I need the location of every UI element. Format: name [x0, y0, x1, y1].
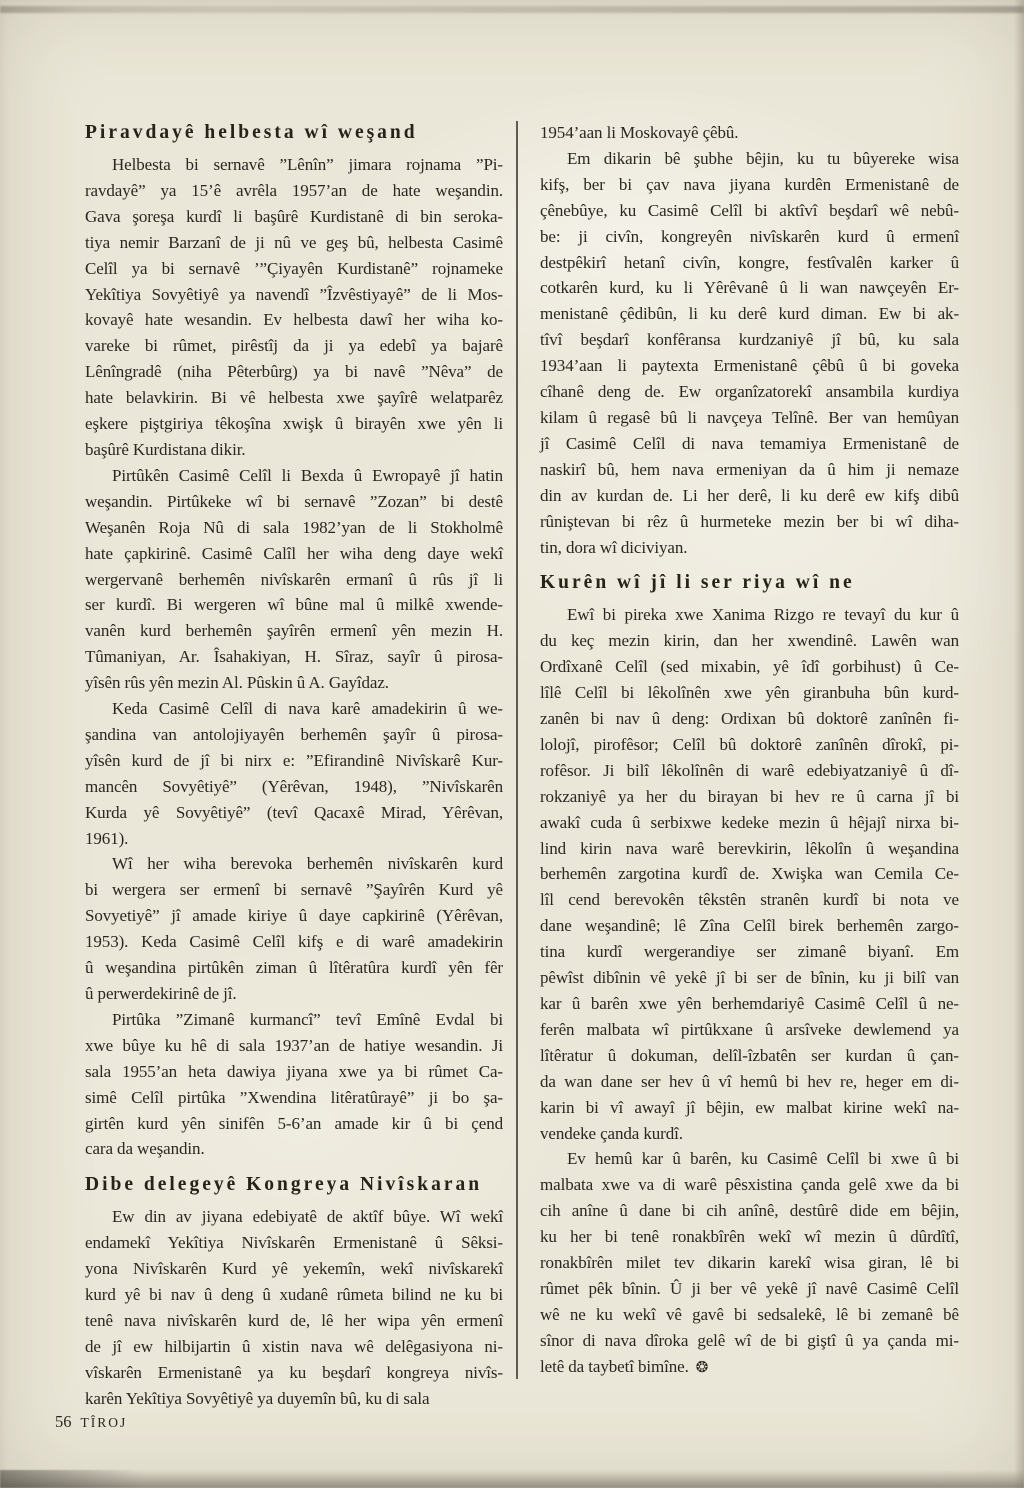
text-line: girtên kurd yên sinifên 5-6’an amade kir… [85, 1111, 503, 1137]
text-line: lîtêratur û dokuman, delîl-îzbatên ser k… [540, 1043, 959, 1069]
text-line: xwe bûye ku hê di sala 1937’an de hatiye… [85, 1033, 503, 1059]
text-line: ku her bi tenê ronakbîrên wekî wî mezin … [540, 1224, 959, 1250]
text-line: cîhanê deng de. Ew organîzatorekî ansamb… [540, 379, 959, 405]
text-line: cih anîne û dane bi cih anînê, destûrê d… [540, 1198, 959, 1224]
text-line: rûniştevan bi rêz û hurmeteke mezin ber … [540, 509, 959, 535]
section-heading: Kurên wî jî li ser riya wî ne [540, 570, 959, 596]
text-line: bi wergera ser ermenî bi sernavê ”Şayîrê… [85, 877, 503, 903]
text-line: wergervanê berhemên nivîskarên ermanî û … [85, 567, 503, 593]
scan-edge-top [0, 6, 1024, 13]
scan-edge-right [1014, 0, 1024, 1488]
paragraph: Ewî bi pireka xwe Xanima Rizgo re tevayî… [540, 602, 959, 1146]
text-line: hate belavkirin. Bi vê helbesta xwe şayî… [85, 385, 503, 411]
page-footer: 56TÎROJ [55, 1412, 127, 1432]
text-line: de jî ew hilbijartin û xistin nava wê de… [85, 1334, 503, 1360]
text-line: karên Yekîtiya Sovyêtiyê ya duyemîn bû, … [85, 1386, 503, 1412]
text-line: Weşanên Roja Nû di sala 1982’yan de li S… [85, 515, 503, 541]
text-line: din av kurdan de. Li her derê, li ku der… [540, 483, 959, 509]
text-line: Wî her wiha berevoka berhemên nivîskarên… [85, 851, 503, 877]
paragraph: Wî her wiha berevoka berhemên nivîskarên… [85, 851, 503, 1006]
text-line: Sovyetiyê” jî amade kiriye û daye capkir… [85, 903, 503, 929]
text-line: kilam û regasê bû li navçeya Telînê. Ber… [540, 405, 959, 431]
text-line: Gava şoreşa kurdî li başûrê Kurdistanê d… [85, 204, 503, 230]
text-line: tina kurdî wergerandiye ser zimanê biyan… [540, 939, 959, 965]
text-line: Keda Casimê Celîl di nava karê amadekiri… [85, 696, 503, 722]
text-line: çênebûye, ku Casimê Celîl bi aktîvî beşd… [540, 198, 959, 224]
text-line: Ewî bi pireka xwe Xanima Rizgo re tevayî… [540, 602, 959, 628]
text-line: ronakbîrên milet tev dikarin karekî wisa… [540, 1250, 959, 1276]
text-line: awakî cuda û serbixwe kedeke mezin û hêj… [540, 810, 959, 836]
text-line: karin bi vî awayî jî bêjin, ew malbat ki… [540, 1095, 959, 1121]
text-line: lind kirin nava warê berevkirin, lêkolîn… [540, 836, 959, 862]
text-line: 1954’aan li Moskovayê çêbû. [540, 120, 959, 146]
section-heading: Piravdayê helbesta wî weşand [85, 120, 503, 146]
text-line: kurd yê bi nav û deng û xudanê rûmeta bi… [85, 1282, 503, 1308]
paragraph: Ev hemû kar û barên, ku Casimê Celîl bi … [540, 1146, 959, 1380]
paragraph: Em dikarin bê şubhe bêjin, ku tu bûyerek… [540, 146, 959, 561]
text-line: jî Casimê Celîl di nava temamiya Ermenis… [540, 431, 959, 457]
page-number: 56 [55, 1412, 72, 1431]
text-line: ser kurdî. Bi wergeren wî bûne mal û mil… [85, 592, 503, 618]
text-line: cotkarên kurd, ku li Yêrêvanê û li wan n… [540, 275, 959, 301]
text-line: pêwîst dibînin vê yekê jî bi ser de bîni… [540, 965, 959, 991]
text-line: Yekîtiya Sovyêtiyê ya navendî ”Îzvêstiya… [85, 282, 503, 308]
text-line: û weşandina pirtûkên ziman û lîtêratûra … [85, 955, 503, 981]
paragraph: Keda Casimê Celîl di nava karê amadekiri… [85, 696, 503, 851]
text-line: letê da taybetî bimîne.❂ [540, 1354, 959, 1381]
text-line: dane weşandinê; lê Zîna Celîl birek berh… [540, 913, 959, 939]
text-line: vendeke çanda kurdî. [540, 1121, 959, 1147]
magazine-title: TÎROJ [81, 1415, 128, 1430]
column-divider [516, 121, 518, 1379]
text-line: tiya nemir Barzanî de ji nû ve geş bû, h… [85, 230, 503, 256]
text-line: destpêkirî hetanî civîn, kongre, festîva… [540, 250, 959, 276]
text-line: Ew din av jiyana edebiyatê de aktîf bûye… [85, 1204, 503, 1230]
text-line: berhemên zargotina kurdî de. Xwişka wan … [540, 861, 959, 887]
text-line: 1961). [85, 826, 503, 852]
text-line: yîsên kurd de jî bi nirx e: ”Efirandinê … [85, 748, 503, 774]
scanned-magazine-page: Piravdayê helbesta wî weşandHelbesta bi … [0, 0, 1024, 1488]
paragraph: Helbesta bi sernavê ”Lênîn” jimara rojna… [85, 152, 503, 463]
text-line: kovayê hate wesandin. Ev helbesta dawî h… [85, 307, 503, 333]
text-line: Ordîxanê Celîl (sed mixabin, yê îdî gorb… [540, 654, 959, 680]
text-line: Pirtûka ”Zimanê kurmancî” tevî Emînê Evd… [85, 1007, 503, 1033]
text-line: be: ji civîn, kongreyên nivîskarên kurd … [540, 224, 959, 250]
text-line: vareke bi rûmet, pirêstîj da ji ya edebî… [85, 333, 503, 359]
text-line: Helbesta bi sernavê ”Lênîn” jimara rojna… [85, 152, 503, 178]
text-line: Lênîngradê (niha Pêterbûrg) ya bi navê ”… [85, 359, 503, 385]
text-line: zanên bi nav û deng: Ordixan bû doktorê … [540, 706, 959, 732]
text-line: yona Nivîskarên Kurd yê yekemîn, wekî ni… [85, 1256, 503, 1282]
text-line: Ev hemû kar û barên, ku Casimê Celîl bi … [540, 1146, 959, 1172]
paragraph: Ew din av jiyana edebiyatê de aktîf bûye… [85, 1204, 503, 1411]
text-line: ravdayê” ya 15’ê avrêla 1957’an de hate … [85, 178, 503, 204]
text-line: vanên kurd berhemên şayîrên ermenî yên m… [85, 618, 503, 644]
right-column: 1954’aan li Moskovayê çêbû.Em dikarin bê… [540, 120, 959, 1381]
text-line: sala 1955’an heta dawiya jiyana xwe ya b… [85, 1059, 503, 1085]
text-line: endamekî Yekîtiya Nivîskarên Ermenistanê… [85, 1230, 503, 1256]
text-line: wê ne ku wekî vê gavê bi sedsalekê, lê b… [540, 1302, 959, 1328]
left-column: Piravdayê helbesta wî weşandHelbesta bi … [85, 120, 503, 1412]
text-line: weşandin. Pirtûkeke wî bi sernavê ”Zozan… [85, 489, 503, 515]
paragraph: 1954’aan li Moskovayê çêbû. [540, 120, 959, 146]
text-line: kifş, ber bi çav nava jiyana kurdên Erme… [540, 172, 959, 198]
text-line: eşkere piştgiriya têkoşîna xwişk û biray… [85, 411, 503, 437]
text-line: tin, dora wî diciviyan. [540, 535, 959, 561]
text-line: da wan dane ser hev û vî hemû bi hev re,… [540, 1069, 959, 1095]
text-line: lolojî, pirofêsor; Celîl bû doktorê zanî… [540, 732, 959, 758]
text-line: ferên malbata wî pirtûkxane û arsîveke d… [540, 1017, 959, 1043]
text-line: rûmet pêk bînin. Û ji ber vê yekê jî nav… [540, 1276, 959, 1302]
end-of-article-icon: ❂ [696, 1358, 708, 1376]
text-line: lîl cend berevokên têkstên stranên kurdî… [540, 887, 959, 913]
scan-edge-bottom [0, 1470, 1024, 1488]
text-line: Em dikarin bê şubhe bêjin, ku tu bûyerek… [540, 146, 959, 172]
text-line: hate çapkirinê. Casimê Calîl her wiha de… [85, 541, 503, 567]
text-line: 1953). Keda Casimê Celîl kifş e di warê … [85, 929, 503, 955]
text-line: menistanê çêdibûn, li ku derê kurd diman… [540, 301, 959, 327]
paragraph: Pirtûkên Casimê Celîl li Bexda û Ewropay… [85, 463, 503, 696]
text-line: başûrê Kurdistana dikir. [85, 437, 503, 463]
text-line: yîsên rûs yên mezin Al. Pûskin û A. Gayî… [85, 670, 503, 696]
text-line: şandina van antolojiyayên berhemên şayîr… [85, 722, 503, 748]
paragraph: Pirtûka ”Zimanê kurmancî” tevî Emînê Evd… [85, 1007, 503, 1162]
text-line: 1934’aan li paytexta Ermenistanê çêbû û … [540, 353, 959, 379]
section-heading: Dibe delegeyê Kongreya Nivîskaran [85, 1172, 503, 1198]
text-line: Tûmaniyan, Ar. Îsahakiyan, H. Sîraz, say… [85, 644, 503, 670]
text-line: rofêsor. Ji bilî lêkolînên di warê edebi… [540, 758, 959, 784]
text-line: tîvî beşdarî konfêransa kurdzaniyê jî bû… [540, 327, 959, 353]
text-line: Celîl ya bi sernavê ’”Çiyayên Kurdistanê… [85, 256, 503, 282]
text-line: tenê nava nivîskarên kurd de, lê her wip… [85, 1308, 503, 1334]
text-line: rokzaniyê ya her du birayan bi hev re û … [540, 784, 959, 810]
text-line: malbata xwe va di warê pêsxistina çanda … [540, 1172, 959, 1198]
text-line: naskirî bû, hem nava ermeniyan da û him … [540, 457, 959, 483]
text-line: Pirtûkên Casimê Celîl li Bexda û Ewropay… [85, 463, 503, 489]
text-line: kar û barên xwe yên berhemdariyê Casimê … [540, 991, 959, 1017]
text-line: sînor di nava dîroka gelê wî de bi giştî… [540, 1328, 959, 1354]
text-line: vîskarên Ermenistanê ya ku beşdarî kongr… [85, 1360, 503, 1386]
text-line: simê Celîl pirtûka ”Xwendina litêratûray… [85, 1085, 503, 1111]
text-line: û perwerdekirinê de jî. [85, 981, 503, 1007]
text-line: cara da weşandin. [85, 1136, 503, 1162]
text-line: lîlê Celîl bi lêkolînên xwe yên giranbuh… [540, 680, 959, 706]
text-line: mancên Sovyêtiyê” (Yêrêvan, 1948), ”Nivî… [85, 774, 503, 800]
text-line: Kurda yê Sovyêtiyê” (tevî Qacaxê Mirad, … [85, 800, 503, 826]
text-line: du keç mezin kirin, dan her xwendinê. La… [540, 628, 959, 654]
